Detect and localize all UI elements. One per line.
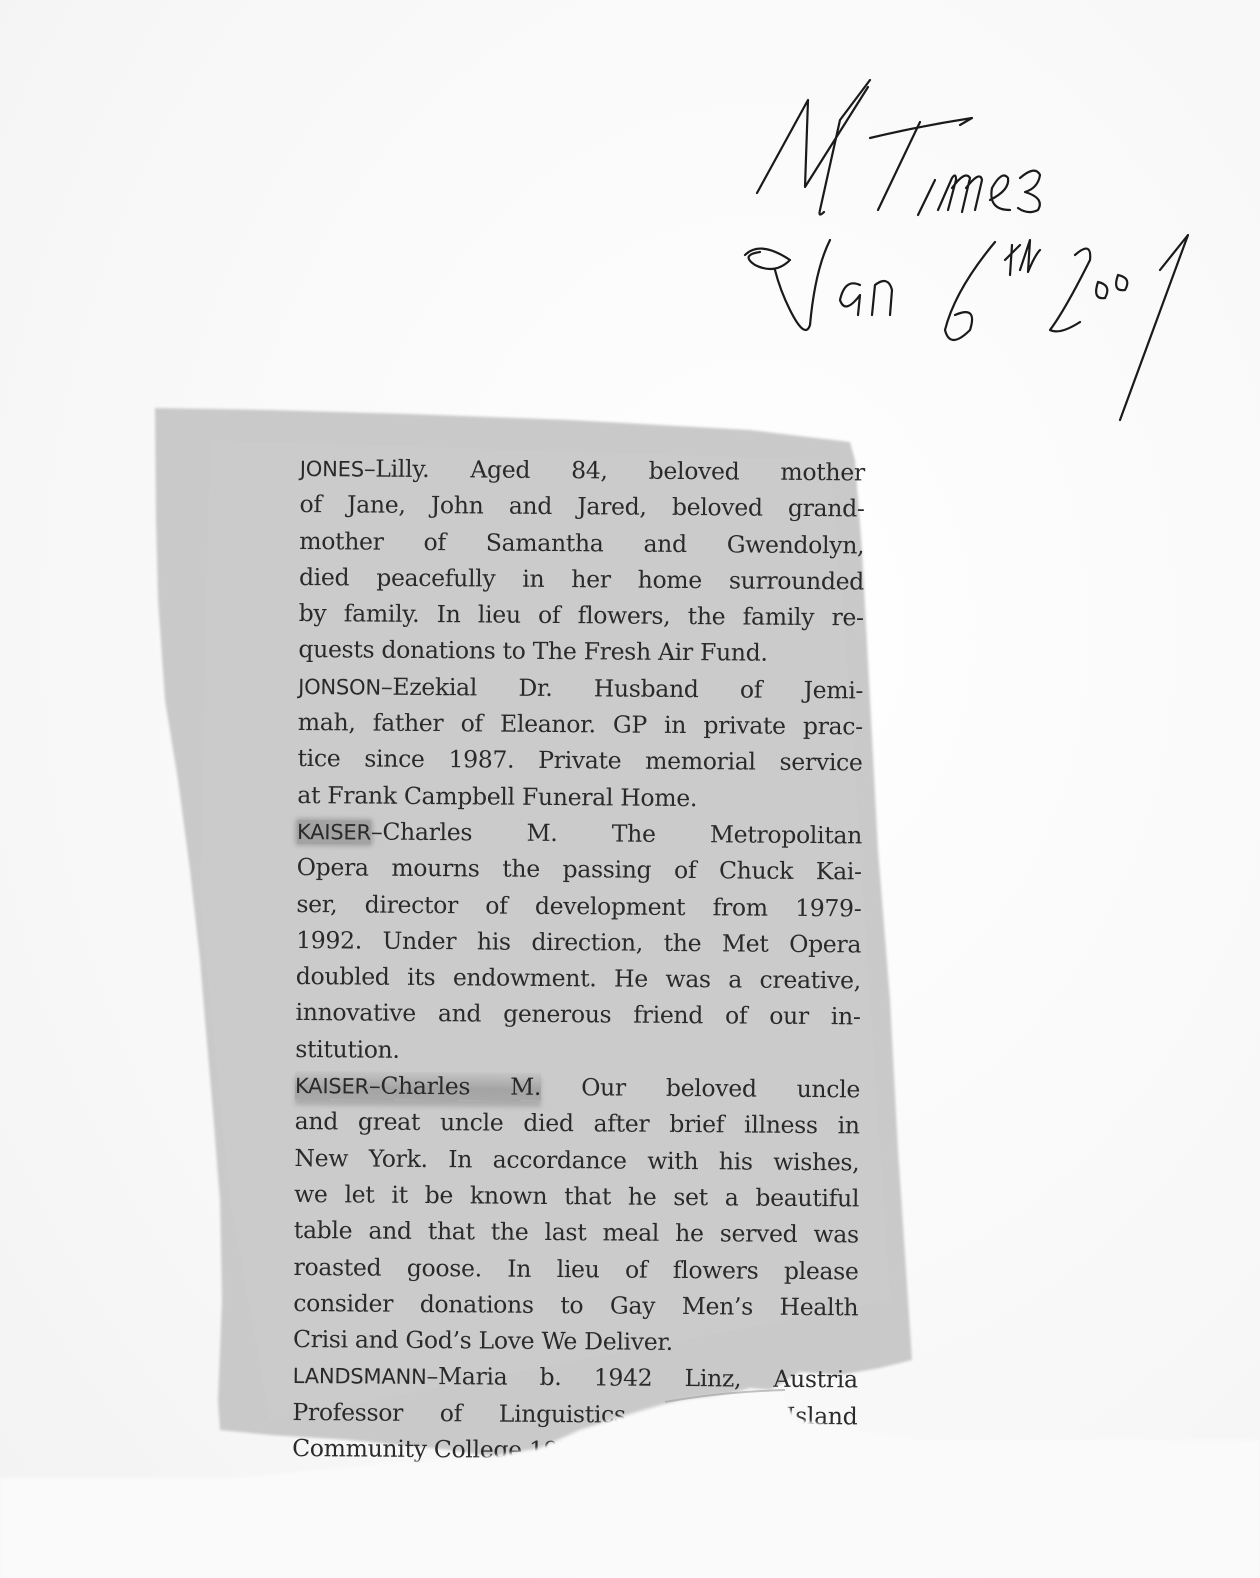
text-line: LANDSMANN–Maria b. 1942 Linz, Austria xyxy=(293,1357,858,1398)
text-line: we let it be known that he set a beautif… xyxy=(294,1176,859,1217)
text-line: of Jane, John and Jared, beloved grand- xyxy=(299,486,864,527)
text-line: doubled its endowment. He was a creative… xyxy=(296,958,861,999)
text-line: consider donations to Gay Men’s Health xyxy=(293,1285,858,1326)
text-line: Professor of Linguistics at St · · · Isl… xyxy=(292,1394,857,1435)
text-line: New York. In accordance with his wishes, xyxy=(294,1140,859,1181)
text-line: quests donations to The Fresh Air Fund. xyxy=(298,631,863,672)
text-line: Community College 197· xyxy=(292,1430,857,1471)
obituary-entry-landsmann: LANDSMANN–Maria b. 1942 Linz, Austria Pr… xyxy=(292,1357,858,1470)
deceased-surname: JONSON xyxy=(298,675,381,700)
highlighted-name: KAISER–Charles M. xyxy=(295,1071,541,1101)
text-line: ser, director of development from 1979- xyxy=(296,886,861,927)
text-line: KAISER–Charles M. Our beloved uncle xyxy=(295,1067,860,1108)
obituary-entry-jonson: JONSON–Ezekial Dr. Husband of Jemi- mah,… xyxy=(297,668,863,818)
text-line: at Frank Campbell Funeral Home. xyxy=(297,777,862,818)
text-line: roasted goose. In lieu of flowers please xyxy=(293,1249,858,1290)
obituary-entry-kaiser-met-opera: KAISER–Charles M. The Metropolitan Opera… xyxy=(295,813,862,1072)
text-line: Crisi and God’s Love We Deliver. xyxy=(293,1321,858,1362)
text-line: JONSON–Ezekial Dr. Husband of Jemi- xyxy=(298,668,863,709)
obituary-column: JONES–Lilly. Aged 84, beloved mother of … xyxy=(292,450,865,1471)
text-line: innovative and generous friend of our in… xyxy=(295,994,860,1035)
text-line: mah, father of Eleanor. GP in private pr… xyxy=(298,704,863,745)
text-line: Opera mourns the passing of Chuck Kai- xyxy=(297,849,862,890)
text-line: JONES–Lilly. Aged 84, beloved mother xyxy=(300,450,865,491)
text-line: table and that the last meal he served w… xyxy=(294,1212,859,1253)
text-line: 1992. Under his direction, the Met Opera xyxy=(296,922,861,963)
handwriting-strokes xyxy=(720,60,1220,430)
text-line: by family. In lieu of flowers, the famil… xyxy=(299,595,864,636)
text-line: died peacefully in her home surrounded xyxy=(299,559,864,600)
text-line: KAISER–Charles M. The Metropolitan xyxy=(297,813,862,854)
text-line: tice since 1987. Private memorial servic… xyxy=(297,740,862,781)
obituary-entry-kaiser-family: KAISER–Charles M. Our beloved uncle and … xyxy=(293,1067,860,1362)
deceased-surname: JONES xyxy=(300,457,364,482)
obituary-entry-jones: JONES–Lilly. Aged 84, beloved mother of … xyxy=(298,450,865,672)
newspaper-clipping: JONES–Lilly. Aged 84, beloved mother of … xyxy=(150,400,930,1485)
handwritten-annotation: NY Times Jan 6th 2001 xyxy=(720,60,1220,430)
text-line: mother of Samantha and Gwendolyn, xyxy=(299,523,864,564)
highlighted-surname: KAISER xyxy=(297,820,371,845)
text-line: and great uncle died after brief illness… xyxy=(295,1103,860,1144)
text-line: stitution. xyxy=(295,1031,860,1072)
deceased-surname: LANDSMANN xyxy=(293,1364,427,1389)
